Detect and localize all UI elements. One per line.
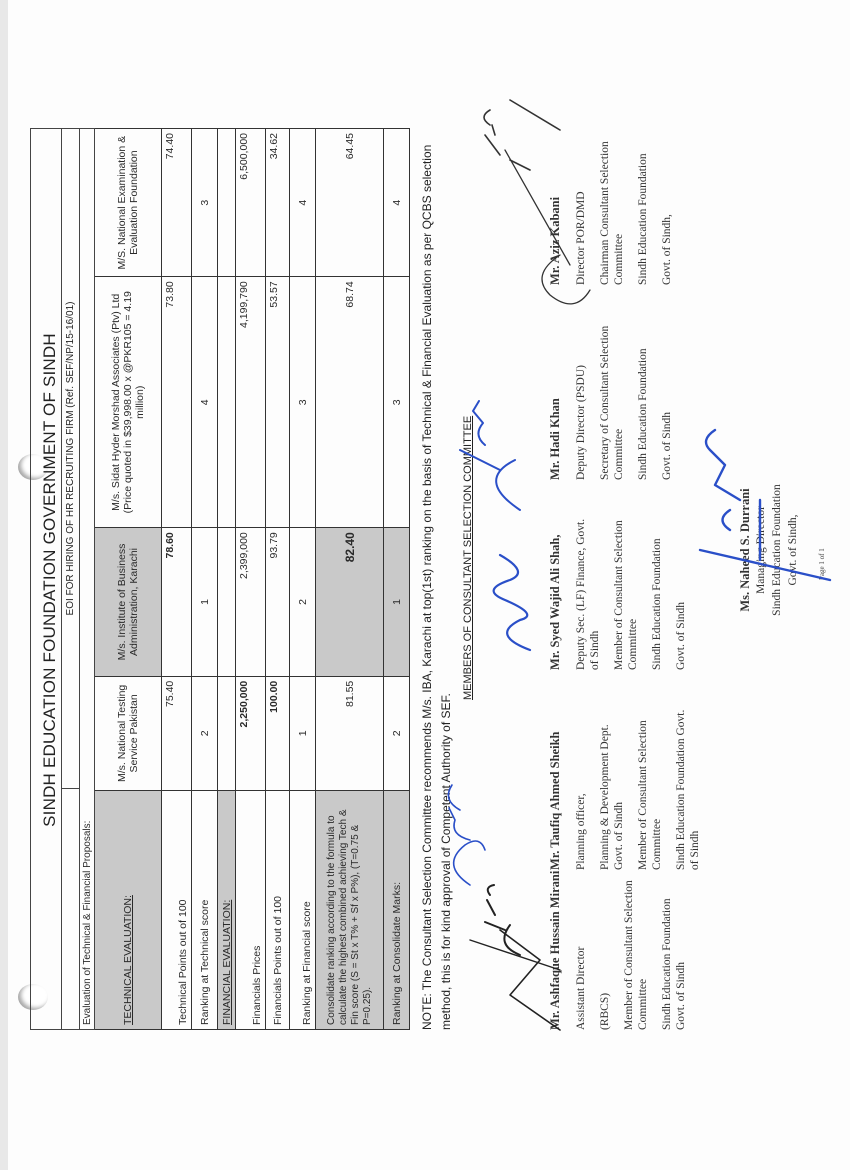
page-number: Page 1 of 1 [818, 548, 826, 580]
firm-header: M/s. National Testing Service Pakistan [95, 676, 162, 790]
reference-line: EOI FOR HIRING OF HR RECRUITING FIRM (Re… [61, 128, 80, 1030]
table-row: Technical Points out of 100 75.40 78.60 … [162, 129, 192, 1030]
table-header-row: TECHNICAL EVALUATION: M/s. National Test… [95, 129, 162, 1030]
table-row: Ranking at Financial score 1 2 3 4 [290, 129, 316, 1030]
rotated-document: SINDH EDUCATION FOUNDATION GOVERNMENT OF… [0, 0, 850, 1170]
signatory-block: Mr. Aziz Kabani Director POR/DMD Chairma… [548, 125, 684, 285]
intro-label: Evaluation of Technical & Financial Prop… [80, 129, 95, 1030]
firm-header: M/s. Sidat Hyder Morshad Associates (Ptv… [95, 277, 162, 528]
table-row: Ranking at Technical score 2 1 4 3 [192, 129, 218, 1030]
evaluation-table: Evaluation of Technical & Financial Prop… [79, 128, 410, 1030]
signatory-block: Mr. Hadi Khan Deputy Director (PSDU) Sec… [548, 315, 684, 480]
document-title: SINDH EDUCATION FOUNDATION GOVERNMENT OF… [40, 130, 60, 1030]
table-row: Financials Points out of 100 100.00 93.7… [266, 129, 290, 1030]
section-financial: FINANCIAL EVALUATION: [218, 791, 236, 1030]
table-row: Ranking at Consolidate Marks: 2 1 3 4 [384, 129, 410, 1030]
firm-header: M/S. National Examination & Evaluation F… [95, 129, 162, 277]
table-row: FINANCIAL EVALUATION: [218, 129, 236, 1030]
approver-block: Ms. Naheed S. Durrani Managing Director … [738, 450, 802, 650]
table-row: Financials Prices 2,250,000 2,399,000 4,… [236, 129, 266, 1030]
signatory-block: Mr. Syed Wajid Ali Shah, Deputy Sec. (LF… [548, 510, 698, 670]
signatory-block: Mr. Taufiq Ahmed Sheikh Planning officer… [548, 700, 712, 870]
signatory-block: Mr. Ashfaque Hussain Mirani Assistant Di… [548, 870, 698, 1030]
reference-text: EOI FOR HIRING OF HR RECRUITING FIRM (Re… [62, 129, 79, 788]
firm-header: M/s. Institute of Business Administratio… [95, 528, 162, 677]
recommendation-note: NOTE: The Consultant Selection Committee… [418, 130, 456, 1030]
section-technical: TECHNICAL EVALUATION: [95, 791, 162, 1030]
table-row: Consolidate ranking according to the for… [316, 129, 384, 1030]
members-heading: MEMBERS OF CONSULTANT SELECTION COMMITTE… [462, 416, 474, 700]
